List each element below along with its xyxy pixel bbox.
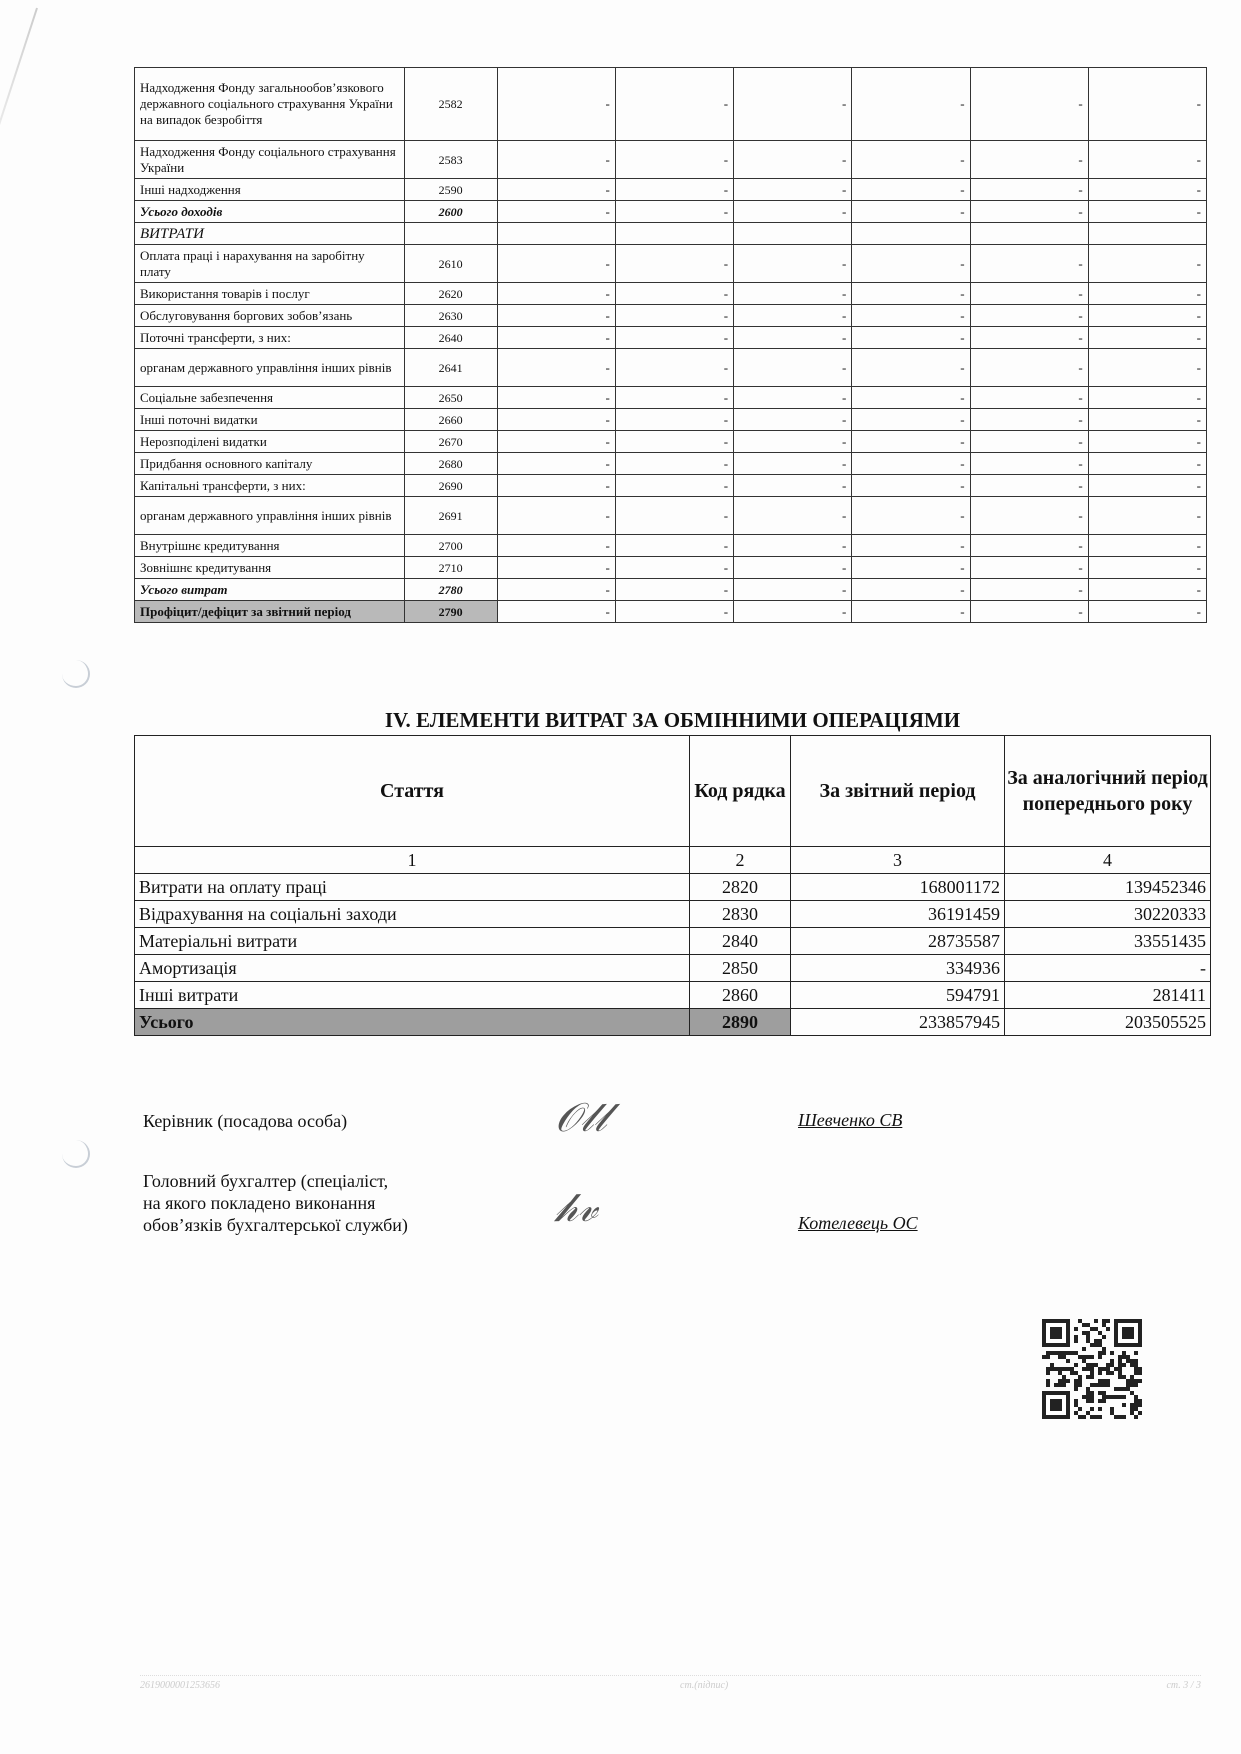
row-code: 2641 (404, 349, 497, 387)
row-value: - (852, 141, 970, 179)
footer-doc-id: 2619000001253656 (140, 1680, 220, 1691)
row-value: - (1088, 141, 1206, 179)
row-value: - (1088, 431, 1206, 453)
table-row: Усього доходів2600------ (135, 201, 1207, 223)
table-row: Обслуговування боргових зобов’язань2630-… (135, 305, 1207, 327)
table-row: Нерозподілені видатки2670------ (135, 431, 1207, 453)
row-label: Усього доходів (135, 201, 405, 223)
row-label: Оплата праці і нарахування на заробітну … (135, 245, 405, 283)
row-code: 2700 (404, 535, 497, 557)
row-code: 2640 (404, 327, 497, 349)
row-value: - (497, 68, 615, 141)
row-value: - (970, 179, 1088, 201)
column-number-row: 1 2 3 4 (135, 847, 1211, 874)
row-label: Обслуговування боргових зобов’язань (135, 305, 405, 327)
table-row: Усього витрат2780------ (135, 579, 1207, 601)
row-value: - (852, 68, 970, 141)
row-value: - (970, 601, 1088, 623)
header-row: Стаття Код рядка За звітний період За ан… (135, 736, 1211, 847)
table-row: Інші витрати2860594791281411 (135, 982, 1211, 1009)
row-code: 2582 (404, 68, 497, 141)
table-row: Матеріальні витрати28402873558733551435 (135, 928, 1211, 955)
row-value: - (970, 409, 1088, 431)
header-code: Код рядка (690, 736, 791, 847)
row-value: - (497, 245, 615, 283)
row-code: 2650 (404, 387, 497, 409)
section-title: IV. ЕЛЕМЕНТИ ВИТРАТ ЗА ОБМІННИМИ ОПЕРАЦІ… (134, 708, 1211, 733)
row-value: - (1088, 327, 1206, 349)
head-name: Шевченко СВ (798, 1110, 902, 1131)
row-current: 334936 (791, 955, 1005, 982)
row-value: - (970, 535, 1088, 557)
row-value: - (497, 431, 615, 453)
row-label: Поточні трансферти, з них: (135, 327, 405, 349)
row-code: 2710 (404, 557, 497, 579)
row-value: - (615, 535, 733, 557)
row-code: 2630 (404, 305, 497, 327)
table-row: Придбання основного капіталу2680------ (135, 453, 1207, 475)
row-value (734, 223, 852, 245)
row-value: - (497, 535, 615, 557)
row-value: - (970, 387, 1088, 409)
row-value: - (1088, 535, 1206, 557)
row-current: 168001172 (791, 874, 1005, 901)
row-label: Відрахування на соціальні заходи (135, 901, 690, 928)
row-value: - (970, 579, 1088, 601)
row-value: - (734, 535, 852, 557)
row-value: - (734, 349, 852, 387)
header-previous: За аналогічний період попереднього року (1005, 736, 1211, 847)
table-row: Зовнішнє кредитування2710------ (135, 557, 1207, 579)
row-value: - (615, 179, 733, 201)
row-value: - (734, 201, 852, 223)
head-label: Керівник (посадова особа) (143, 1110, 347, 1132)
row-value: - (852, 475, 970, 497)
row-value: - (1088, 349, 1206, 387)
accountant-label: Головний бухгалтер (спеціаліст, на якого… (143, 1170, 408, 1236)
page-footer: 2619000001253656 ст.(підпис) ст. 3 / 3 (140, 1675, 1201, 1676)
revenue-expense-table: Надходження Фонду загальнообов’язкового … (134, 67, 1207, 623)
row-value: - (734, 179, 852, 201)
row-label: органам державного управління інших рівн… (135, 349, 405, 387)
row-code: 2610 (404, 245, 497, 283)
column-number: 4 (1005, 847, 1211, 874)
row-value (852, 223, 970, 245)
row-value: - (1088, 201, 1206, 223)
row-value: - (1088, 179, 1206, 201)
row-value: - (734, 409, 852, 431)
total-row: Усього 2890 233857945 203505525 (135, 1009, 1211, 1036)
row-value: - (970, 431, 1088, 453)
row-code: 2680 (404, 453, 497, 475)
row-value: - (734, 305, 852, 327)
accountant-label-line: на якого покладено виконання (143, 1192, 408, 1214)
row-label: Витрати на оплату праці (135, 874, 690, 901)
row-value: - (615, 475, 733, 497)
row-label: Амортизація (135, 955, 690, 982)
row-value: - (1088, 283, 1206, 305)
row-value: - (734, 327, 852, 349)
row-value: - (970, 475, 1088, 497)
row-value: - (852, 387, 970, 409)
row-value: - (497, 179, 615, 201)
row-value: - (852, 201, 970, 223)
row-value: - (852, 557, 970, 579)
table-row: Витрати на оплату праці28201680011721394… (135, 874, 1211, 901)
row-value (970, 223, 1088, 245)
row-value: - (497, 601, 615, 623)
total-code: 2890 (690, 1009, 791, 1036)
row-previous: 139452346 (1005, 874, 1211, 901)
accountant-name: Котелевець ОС (798, 1213, 918, 1234)
row-value: - (1088, 579, 1206, 601)
row-label: Інші надходження (135, 179, 405, 201)
row-value: - (1088, 601, 1206, 623)
row-value: - (970, 497, 1088, 535)
accountant-signature: 𝒽𝓋 (555, 1185, 598, 1231)
row-label: Зовнішнє кредитування (135, 557, 405, 579)
row-value: - (970, 245, 1088, 283)
row-value: - (970, 305, 1088, 327)
row-value: - (852, 349, 970, 387)
row-label: Використання товарів і послуг (135, 283, 405, 305)
row-code: 2600 (404, 201, 497, 223)
row-label: Соціальне забезпечення (135, 387, 405, 409)
row-value: - (615, 283, 733, 305)
total-current: 233857945 (791, 1009, 1005, 1036)
row-value: - (734, 431, 852, 453)
row-value: - (970, 557, 1088, 579)
row-value (497, 223, 615, 245)
row-value: - (615, 387, 733, 409)
row-code: 2660 (404, 409, 497, 431)
row-previous: 30220333 (1005, 901, 1211, 928)
row-value: - (734, 245, 852, 283)
accountant-label-line: Головний бухгалтер (спеціаліст, (143, 1170, 408, 1192)
row-label: Надходження Фонду соціального страхуванн… (135, 141, 405, 179)
row-value: - (497, 497, 615, 535)
row-value: - (734, 557, 852, 579)
row-code: 2850 (690, 955, 791, 982)
row-value: - (734, 475, 852, 497)
row-value: - (497, 453, 615, 475)
table-row: Соціальне забезпечення2650------ (135, 387, 1207, 409)
row-value: - (852, 601, 970, 623)
row-value: - (497, 283, 615, 305)
row-value: - (615, 431, 733, 453)
row-value: - (615, 601, 733, 623)
row-value: - (497, 201, 615, 223)
row-code: 2860 (690, 982, 791, 1009)
table-row: Поточні трансферти, з них:2640------ (135, 327, 1207, 349)
row-value: - (970, 201, 1088, 223)
table-row: Використання товарів і послуг2620------ (135, 283, 1207, 305)
row-label: Профіцит/дефіцит за звітний період (135, 601, 405, 623)
row-value: - (970, 349, 1088, 387)
row-previous: 281411 (1005, 982, 1211, 1009)
row-code: 2840 (690, 928, 791, 955)
row-value: - (497, 475, 615, 497)
row-value: - (852, 327, 970, 349)
row-value: - (852, 497, 970, 535)
row-value: - (852, 245, 970, 283)
row-label: Нерозподілені видатки (135, 431, 405, 453)
row-label: Надходження Фонду загальнообов’язкового … (135, 68, 405, 141)
column-number: 3 (791, 847, 1005, 874)
row-label: Придбання основного капіталу (135, 453, 405, 475)
table-row: Оплата праці і нарахування на заробітну … (135, 245, 1207, 283)
row-code: 2690 (404, 475, 497, 497)
row-value: - (1088, 453, 1206, 475)
row-code: 2830 (690, 901, 791, 928)
row-value: - (1088, 497, 1206, 535)
row-value: - (615, 497, 733, 535)
column-number: 2 (690, 847, 791, 874)
row-value: - (852, 283, 970, 305)
row-value: - (497, 305, 615, 327)
row-label: Матеріальні витрати (135, 928, 690, 955)
row-value: - (970, 283, 1088, 305)
row-label: органам державного управління інших рівн… (135, 497, 405, 535)
expense-elements-table: Стаття Код рядка За звітний період За ан… (134, 735, 1211, 1036)
row-label: Усього витрат (135, 579, 405, 601)
row-value: - (734, 497, 852, 535)
row-value: - (970, 68, 1088, 141)
head-signature: 𝒪𝓁𝓁 (555, 1095, 607, 1141)
row-value: - (734, 601, 852, 623)
row-code: 2620 (404, 283, 497, 305)
table-row: ВИТРАТИ (135, 223, 1207, 245)
row-value: - (970, 453, 1088, 475)
row-code: 2780 (404, 579, 497, 601)
row-value: - (615, 453, 733, 475)
row-previous: 33551435 (1005, 928, 1211, 955)
row-value: - (970, 327, 1088, 349)
row-value: - (734, 579, 852, 601)
row-value: - (852, 453, 970, 475)
table-row: Амортизація2850334936- (135, 955, 1211, 982)
row-current: 594791 (791, 982, 1005, 1009)
row-value: - (734, 387, 852, 409)
total-label: Усього (135, 1009, 690, 1036)
row-value: - (734, 68, 852, 141)
row-value: - (852, 179, 970, 201)
table-row: Інші поточні видатки2660------ (135, 409, 1207, 431)
row-value: - (852, 431, 970, 453)
row-value: - (1088, 245, 1206, 283)
row-value: - (497, 409, 615, 431)
row-value: - (497, 579, 615, 601)
punch-hole-mark (62, 660, 90, 688)
row-value: - (615, 245, 733, 283)
row-value: - (1088, 475, 1206, 497)
row-label: Капітальні трансферти, з них: (135, 475, 405, 497)
row-label: Внутрішнє кредитування (135, 535, 405, 557)
row-current: 36191459 (791, 901, 1005, 928)
row-code: 2583 (404, 141, 497, 179)
row-value: - (497, 141, 615, 179)
total-previous: 203505525 (1005, 1009, 1211, 1036)
table-row: Відрахування на соціальні заходи28303619… (135, 901, 1211, 928)
row-value: - (970, 141, 1088, 179)
footer-center: ст.(підпис) (680, 1680, 728, 1691)
table-row: Капітальні трансферти, з них:2690------ (135, 475, 1207, 497)
row-value: - (615, 557, 733, 579)
row-code: 2590 (404, 179, 497, 201)
row-value: - (852, 409, 970, 431)
header-article: Стаття (135, 736, 690, 847)
punch-hole-mark (62, 1140, 90, 1168)
row-label: Інші витрати (135, 982, 690, 1009)
table-row: Інші надходження2590------ (135, 179, 1207, 201)
row-value: - (615, 305, 733, 327)
row-code: 2670 (404, 431, 497, 453)
header-current: За звітний період (791, 736, 1005, 847)
row-code: 2691 (404, 497, 497, 535)
accountant-label-line: обов’язків бухгалтерської служби) (143, 1214, 408, 1236)
footer-page: ст. 3 / 3 (1166, 1680, 1201, 1691)
row-value: - (497, 349, 615, 387)
row-value: - (615, 409, 733, 431)
row-value: - (1088, 305, 1206, 327)
row-value (1088, 223, 1206, 245)
row-previous: - (1005, 955, 1211, 982)
row-current: 28735587 (791, 928, 1005, 955)
row-value: - (497, 387, 615, 409)
row-value: - (734, 141, 852, 179)
qr-code-icon (1042, 1319, 1142, 1419)
row-value: - (497, 557, 615, 579)
row-value: - (615, 201, 733, 223)
row-code: 2790 (404, 601, 497, 623)
row-value: - (615, 579, 733, 601)
row-label: Інші поточні видатки (135, 409, 405, 431)
row-value: - (852, 579, 970, 601)
row-value: - (615, 68, 733, 141)
row-code: 2820 (690, 874, 791, 901)
paper-fold-mark (0, 8, 38, 142)
table-row: Надходження Фонду соціального страхуванн… (135, 141, 1207, 179)
row-value: - (734, 453, 852, 475)
row-value: - (615, 141, 733, 179)
row-value: - (1088, 557, 1206, 579)
row-code (404, 223, 497, 245)
row-value: - (1088, 409, 1206, 431)
table-row: органам державного управління інших рівн… (135, 497, 1207, 535)
row-value: - (852, 535, 970, 557)
row-value: - (497, 327, 615, 349)
table-row: Внутрішнє кредитування2700------ (135, 535, 1207, 557)
column-number: 1 (135, 847, 690, 874)
row-value: - (615, 349, 733, 387)
row-value: - (1088, 387, 1206, 409)
row-label: ВИТРАТИ (135, 223, 405, 245)
row-value (615, 223, 733, 245)
row-value: - (1088, 68, 1206, 141)
table-row: Надходження Фонду загальнообов’язкового … (135, 68, 1207, 141)
row-value: - (734, 283, 852, 305)
row-value: - (852, 305, 970, 327)
table-row: Профіцит/дефіцит за звітний період2790--… (135, 601, 1207, 623)
table-row: органам державного управління інших рівн… (135, 349, 1207, 387)
row-value: - (615, 327, 733, 349)
